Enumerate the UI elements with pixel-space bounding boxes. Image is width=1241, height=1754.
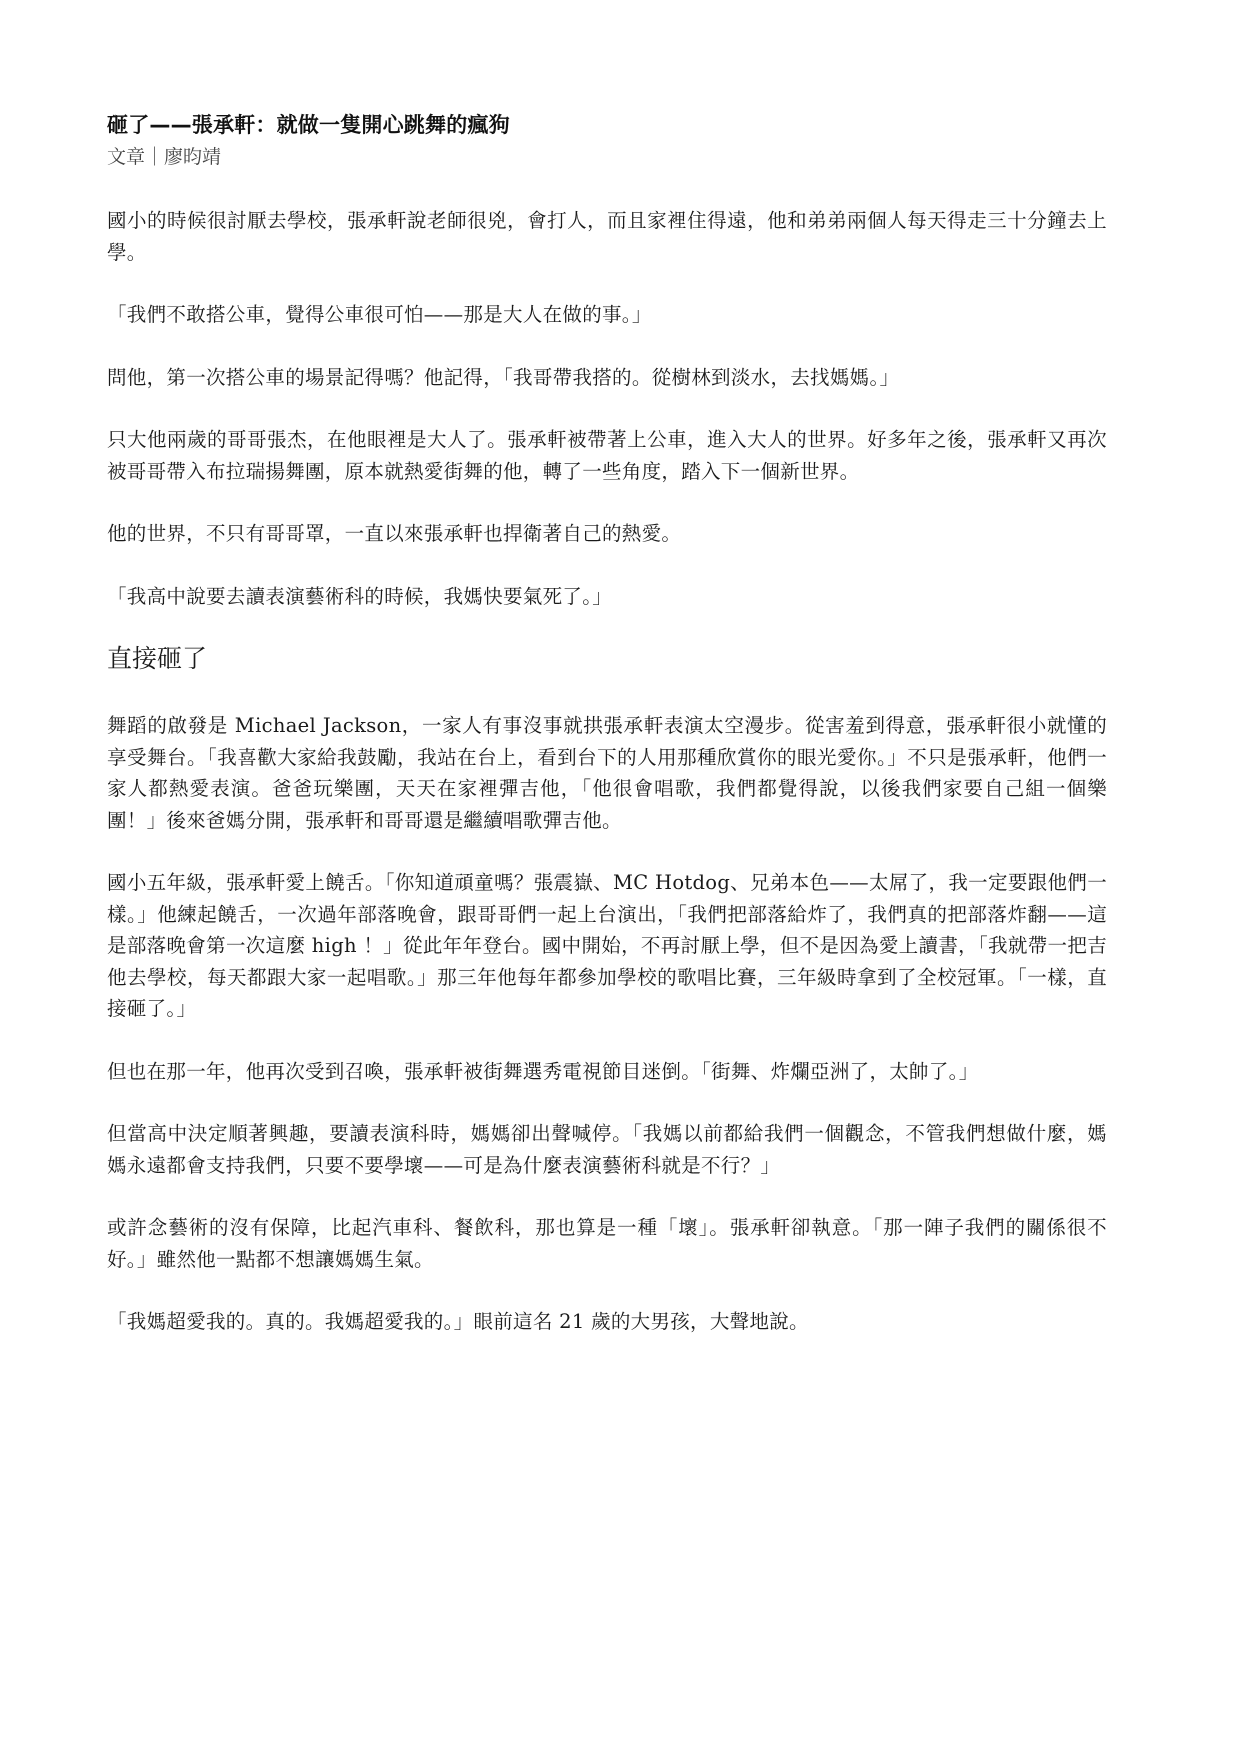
- paragraph: 只大他兩歲的哥哥張杰，在他眼裡是大人了。張承軒被帶著上公車，進入大人的世界。好多…: [107, 424, 1107, 487]
- paragraph: 國小的時候很討厭去學校，張承軒說老師很兇，會打人，而且家裡住得遠，他和弟弟兩個人…: [107, 205, 1107, 268]
- section-heading: 直接砸了: [107, 642, 1107, 676]
- paragraph: 問他，第一次搭公車的場景記得嗎？他記得，「我哥帶我搭的。從樹林到淡水，去找媽媽。…: [107, 362, 1107, 394]
- article-title: 砸了——張承軒：就做一隻開心跳舞的瘋狗: [107, 110, 1107, 140]
- article-byline: 文章｜廖昀靖: [107, 142, 1107, 172]
- paragraph: 「我媽超愛我的。真的。我媽超愛我的。」眼前這名 21 歲的大男孩，大聲地說。: [107, 1306, 1107, 1338]
- paragraph: 「我們不敢搭公車，覺得公車很可怕——那是大人在做的事。」: [107, 299, 1107, 331]
- paragraph: 「我高中說要去讀表演藝術科的時候，我媽快要氣死了。」: [107, 581, 1107, 613]
- paragraph: 他的世界，不只有哥哥罩，一直以來張承軒也捍衛著自己的熱愛。: [107, 518, 1107, 550]
- paragraph: 國小五年級，張承軒愛上饒舌。「你知道頑童嗎？張震嶽、MC Hotdog、兄弟本色…: [107, 867, 1107, 1025]
- paragraph: 但當高中決定順著興趣，要讀表演科時，媽媽卻出聲喊停。「我媽以前都給我們一個觀念，…: [107, 1118, 1107, 1181]
- article-page: 砸了——張承軒：就做一隻開心跳舞的瘋狗 文章｜廖昀靖 國小的時候很討厭去學校，張…: [107, 110, 1107, 1338]
- paragraph: 但也在那一年，他再次受到召喚，張承軒被街舞選秀電視節目迷倒。「街舞、炸爛亞洲了，…: [107, 1056, 1107, 1088]
- paragraph: 舞蹈的啟發是 Michael Jackson，一家人有事沒事就拱張承軒表演太空漫…: [107, 710, 1107, 836]
- paragraph: 或許念藝術的沒有保障，比起汽車科、餐飲科，那也算是一種「壞」。張承軒卻執意。「那…: [107, 1212, 1107, 1275]
